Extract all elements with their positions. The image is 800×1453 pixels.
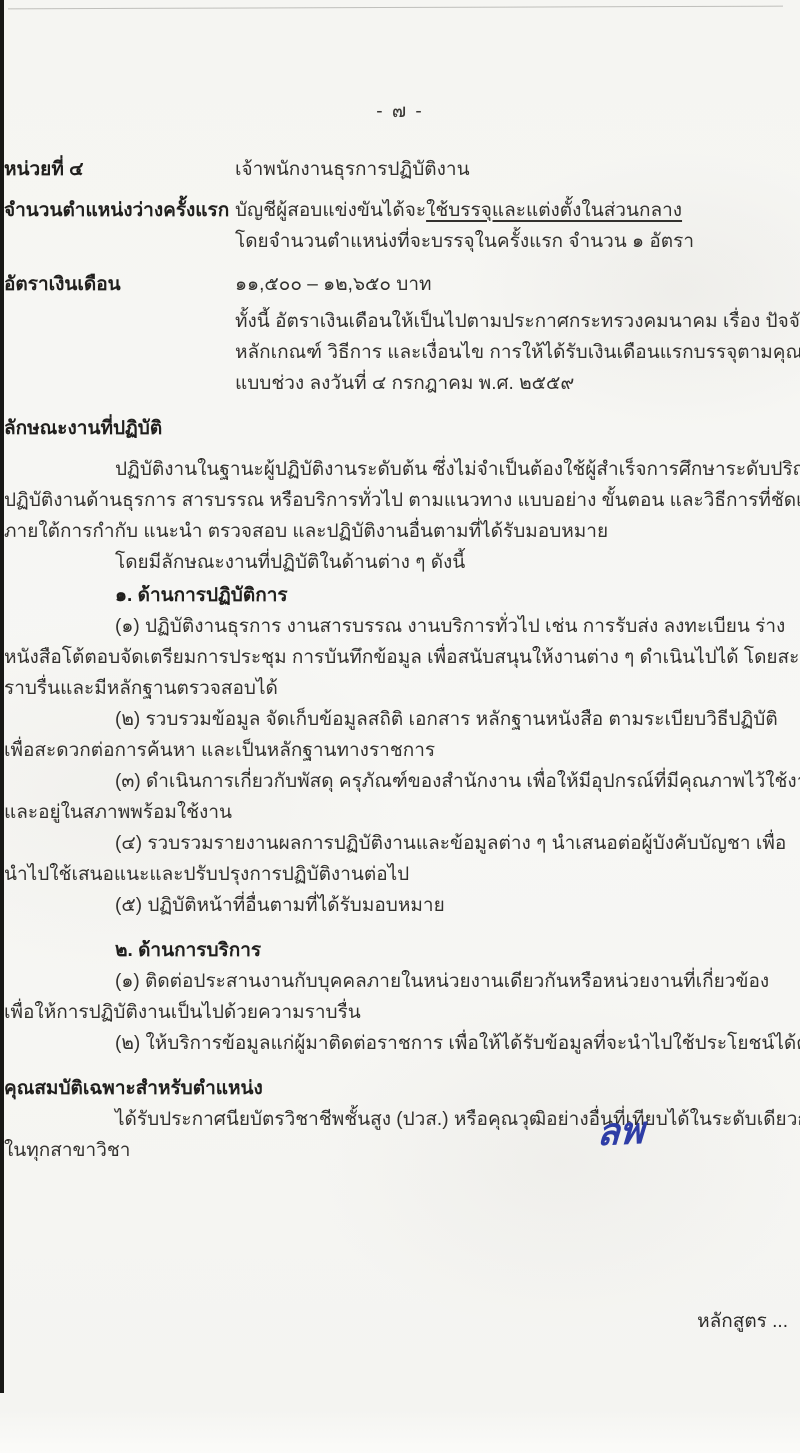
duty-item-line: เพื่อให้การปฏิบัติงานเป็นไปด้วยความราบรื… xyxy=(4,997,774,1028)
duty-item-line: (๓) ดำเนินการเกี่ยวกับพัสดุ ครุภัณฑ์ของส… xyxy=(4,766,774,797)
salary-note-line: หลักเกณฑ์ วิธีการ และเงื่อนไข การให้ได้ร… xyxy=(235,337,774,368)
subsection-title-service: ๒. ด้านการบริการ xyxy=(4,935,774,966)
vacancy-value-line2: โดยจำนวนตำแหน่งที่จะบรรจุในครั้งแรก จำนว… xyxy=(235,226,774,257)
salary-row: อัตราเงินเดือน ๑๑,๕๐๐ – ๑๒,๖๕๐ บาท xyxy=(4,269,774,300)
duty-item-line: เพื่อสะดวกต่อการค้นหา และเป็นหลักฐานทางร… xyxy=(4,735,774,766)
document-page: - ๗ - หน่วยที่ ๔ เจ้าพนักงานธุรการปฏิบัต… xyxy=(0,0,800,1453)
job-intro-line: ปฏิบัติงานในฐานะผู้ปฏิบัติงานระดับต้น ซึ… xyxy=(4,454,774,485)
qualifications-paragraph: ได้รับประกาศนียบัตรวิชาชีพชั้นสูง (ปวส.)… xyxy=(4,1104,774,1166)
subsection-title-operations: ๑. ด้านการปฏิบัติการ xyxy=(4,580,774,611)
duty-item: (๔) รวบรวมรายงานผลการปฏิบัติงานและข้อมูล… xyxy=(4,828,774,890)
salary-note-line: ทั้งนี้ อัตราเงินเดือนให้เป็นไปตามประกาศ… xyxy=(235,306,774,337)
document-body: หน่วยที่ ๔ เจ้าพนักงานธุรการปฏิบัติงาน จ… xyxy=(0,150,800,1166)
vacancy-underlined-text: ใช้บรรจุและแต่งตั้งในส่วนกลาง xyxy=(426,200,682,221)
footer-continuation-note: หลักสูตร ... xyxy=(697,1306,788,1337)
vacancy-row: จำนวนตำแหน่งว่างครั้งแรก บัญชีผู้สอบแข่ง… xyxy=(4,195,774,257)
duty-item: (๓) ดำเนินการเกี่ยวกับพัสดุ ครุภัณฑ์ของส… xyxy=(4,766,774,828)
duty-item: (๒) รวบรวมข้อมูล จัดเก็บข้อมูลสถิติ เอกส… xyxy=(4,704,774,766)
vacancy-value: บัญชีผู้สอบแข่งขันได้จะใช้บรรจุและแต่งตั… xyxy=(235,195,774,257)
vacancy-value-line1: บัญชีผู้สอบแข่งขันได้จะใช้บรรจุและแต่งตั… xyxy=(235,195,774,226)
qualification-line: ได้รับประกาศนียบัตรวิชาชีพชั้นสูง (ปวส.)… xyxy=(4,1104,774,1135)
duty-item-line: และอยู่ในสภาพพร้อมใช้งาน xyxy=(4,797,774,828)
vacancy-label: จำนวนตำแหน่งว่างครั้งแรก xyxy=(4,195,235,226)
qualifications-heading: คุณสมบัติเฉพาะสำหรับตำแหน่ง xyxy=(4,1073,774,1104)
duty-item: (๕) ปฏิบัติหน้าที่อื่นตามที่ได้รับมอบหมา… xyxy=(4,890,774,921)
scan-artifact-top-line xyxy=(8,6,783,10)
duty-item: (๑) ติดต่อประสานงานกับบุคคลภายในหน่วยงาน… xyxy=(4,966,774,1028)
duty-item-line: หนังสือโต้ตอบจัดเตรียมการประชุม การบันทึ… xyxy=(4,642,774,673)
unit-label: หน่วยที่ ๔ xyxy=(4,154,235,185)
job-intro-line: ปฏิบัติงานด้านธุรการ สารบรรณ หรือบริการท… xyxy=(4,485,774,516)
qualification-line: ในทุกสาขาวิชา xyxy=(4,1135,774,1166)
salary-note-line: แบบช่วง ลงวันที่ ๔ กรกฎาคม พ.ศ. ๒๕๕๙ xyxy=(235,368,774,399)
page-number: - ๗ - xyxy=(0,96,800,127)
job-intro-line: โดยมีลักษณะงานที่ปฏิบัติในด้านต่าง ๆ ดัง… xyxy=(4,547,774,578)
signature-initials-mark: ลพ xyxy=(596,1111,645,1154)
duty-item-line: นำไปใช้เสนอแนะและปรับปรุงการปฏิบัติงานต่… xyxy=(4,859,774,890)
duty-item-line: (๒) ให้บริการข้อมูลแก่ผู้มาติดต่อราชการ … xyxy=(4,1028,774,1059)
duty-item-line: ราบรื่นและมีหลักฐานตรวจสอบได้ xyxy=(4,673,774,704)
duty-item-line: (๑) ปฏิบัติงานธุรการ งานสารบรรณ งานบริกา… xyxy=(4,611,774,642)
duty-item: (๒) ให้บริการข้อมูลแก่ผู้มาติดต่อราชการ … xyxy=(4,1028,774,1059)
duty-item-line: (๑) ติดต่อประสานงานกับบุคคลภายในหน่วยงาน… xyxy=(4,966,774,997)
salary-note: ทั้งนี้ อัตราเงินเดือนให้เป็นไปตามประกาศ… xyxy=(235,306,774,399)
job-intro-paragraph: ปฏิบัติงานในฐานะผู้ปฏิบัติงานระดับต้น ซึ… xyxy=(4,454,774,578)
duty-item-line: (๒) รวบรวมข้อมูล จัดเก็บข้อมูลสถิติ เอกส… xyxy=(4,704,774,735)
duty-item: (๑) ปฏิบัติงานธุรการ งานสารบรรณ งานบริกา… xyxy=(4,611,774,704)
unit-value: เจ้าพนักงานธุรการปฏิบัติงาน xyxy=(235,154,774,185)
job-description-heading: ลักษณะงานที่ปฏิบัติ xyxy=(4,413,774,444)
job-intro-line: ภายใต้การกำกับ แนะนำ ตรวจสอบ และปฏิบัติง… xyxy=(4,516,774,547)
vacancy-value-prefix: บัญชีผู้สอบแข่งขันได้จะ xyxy=(235,200,426,221)
duty-item-line: (๔) รวบรวมรายงานผลการปฏิบัติงานและข้อมูล… xyxy=(4,828,774,859)
duty-item-line: (๕) ปฏิบัติหน้าที่อื่นตามที่ได้รับมอบหมา… xyxy=(4,890,774,921)
salary-value: ๑๑,๕๐๐ – ๑๒,๖๕๐ บาท xyxy=(235,269,774,300)
unit-row: หน่วยที่ ๔ เจ้าพนักงานธุรการปฏิบัติงาน xyxy=(4,154,774,185)
salary-label: อัตราเงินเดือน xyxy=(4,269,235,300)
